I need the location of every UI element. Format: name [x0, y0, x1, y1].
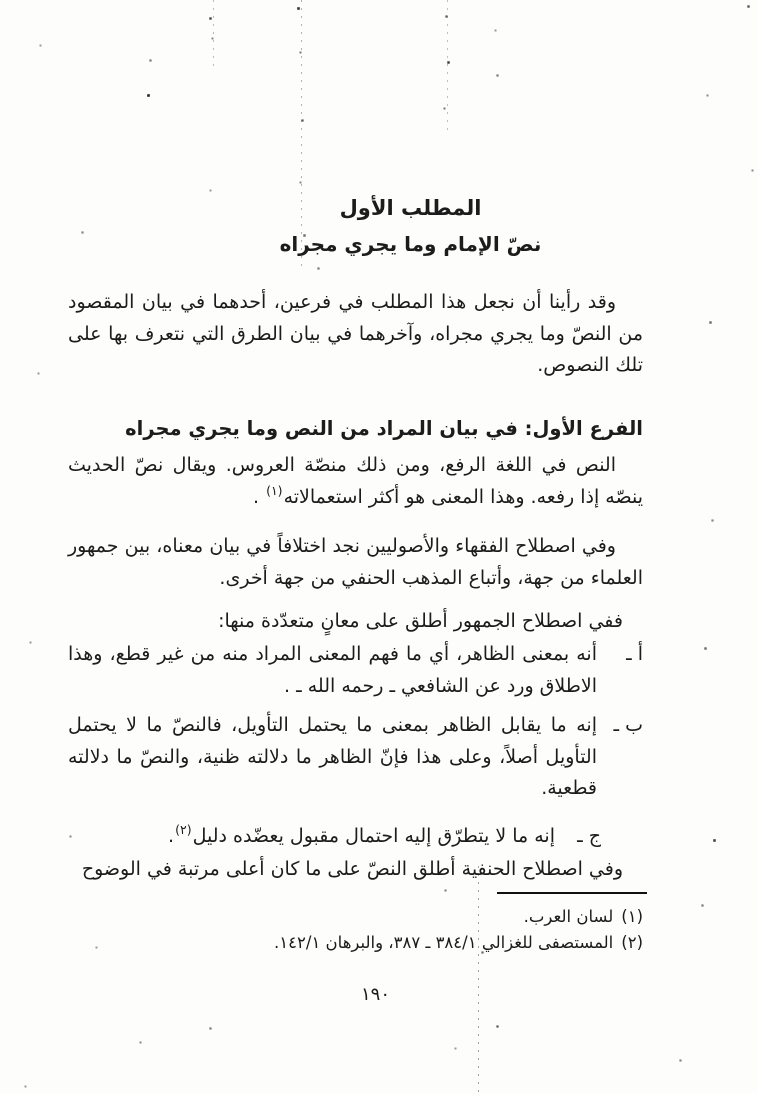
footnote-2: (٢)المستصفى للغزالي ٣٨٤/١ ـ ٣٨٧، والبرها…	[68, 930, 643, 956]
list-item-b-text: إنه ما يقابل الظاهر بمعنى ما يحتمل التأو…	[68, 710, 597, 805]
scanned-book-page: المطلب الأول نصّ الإمام وما يجري مجراه و…	[0, 0, 757, 1094]
paragraph-terminology: وفي اصطلاح الفقهاء والأصوليين نجد اختلاف…	[68, 531, 643, 594]
footnote-ref-1: (١)	[265, 483, 284, 498]
list-item-a-text: أنه بمعنى الظاهر، أي ما فهم المعنى المرا…	[68, 639, 597, 702]
footnote-ref-2: (٢)	[174, 822, 193, 837]
footnote-1: (١)لسان العرب.	[68, 904, 643, 930]
list-item-b-marker: ب ـ	[597, 710, 643, 805]
paragraph-intro: وقد رأينا أن نجعل هذا المطلب في فرعين، أ…	[68, 287, 643, 382]
footnote-1-marker: (١)	[621, 907, 643, 926]
paragraph-definition-suffix: .	[253, 486, 265, 508]
paragraph-definition: النص في اللغة الرفع، ومن ذلك منصّة العرو…	[68, 450, 643, 514]
list-item-b: ب ـ إنه ما يقابل الظاهر بمعنى ما يحتمل ا…	[68, 710, 643, 805]
list-item-a: أ ـ أنه بمعنى الظاهر، أي ما فهم المعنى ا…	[68, 639, 643, 702]
list-item-j-marker: ج ـ	[555, 821, 601, 854]
list-item-j: ج ـ إنه ما لا يتطرّق إليه احتمال مقبول ي…	[26, 821, 643, 854]
chapter-subtitle: نصّ الإمام وما يجري مجراه	[123, 229, 698, 259]
list-item-j-body: إنه ما لا يتطرّق إليه احتمال مقبول يعضّد…	[193, 825, 555, 847]
paragraph-closing: وفي اصطلاح الحنفية أطلق النصّ على ما كان…	[68, 854, 643, 886]
footnote-1-text: لسان العرب.	[524, 907, 614, 926]
footnote-2-marker: (٢)	[621, 933, 643, 952]
list-item-j-text: إنه ما لا يتطرّق إليه احتمال مقبول يعضّد…	[26, 821, 555, 854]
scan-noise-speckles	[0, 0, 1, 1]
chapter-title: المطلب الأول	[123, 193, 698, 223]
text-column: المطلب الأول نصّ الإمام وما يجري مجراه و…	[68, 0, 643, 1094]
footnote-separator	[497, 892, 647, 894]
paragraph-definition-text: النص في اللغة الرفع، ومن ذلك منصّة العرو…	[68, 454, 643, 508]
section-heading: الفرع الأول: في بيان المراد من النص وما …	[68, 414, 643, 444]
page-number: ١٩٠	[88, 984, 663, 1005]
list-item-a-marker: أ ـ	[597, 639, 643, 702]
footnote-2-text: المستصفى للغزالي ٣٨٤/١ ـ ٣٨٧، والبرهان ١…	[274, 933, 613, 952]
paragraph-list-lead: ففي اصطلاح الجمهور أطلق على معانٍ متعدّد…	[68, 606, 643, 638]
